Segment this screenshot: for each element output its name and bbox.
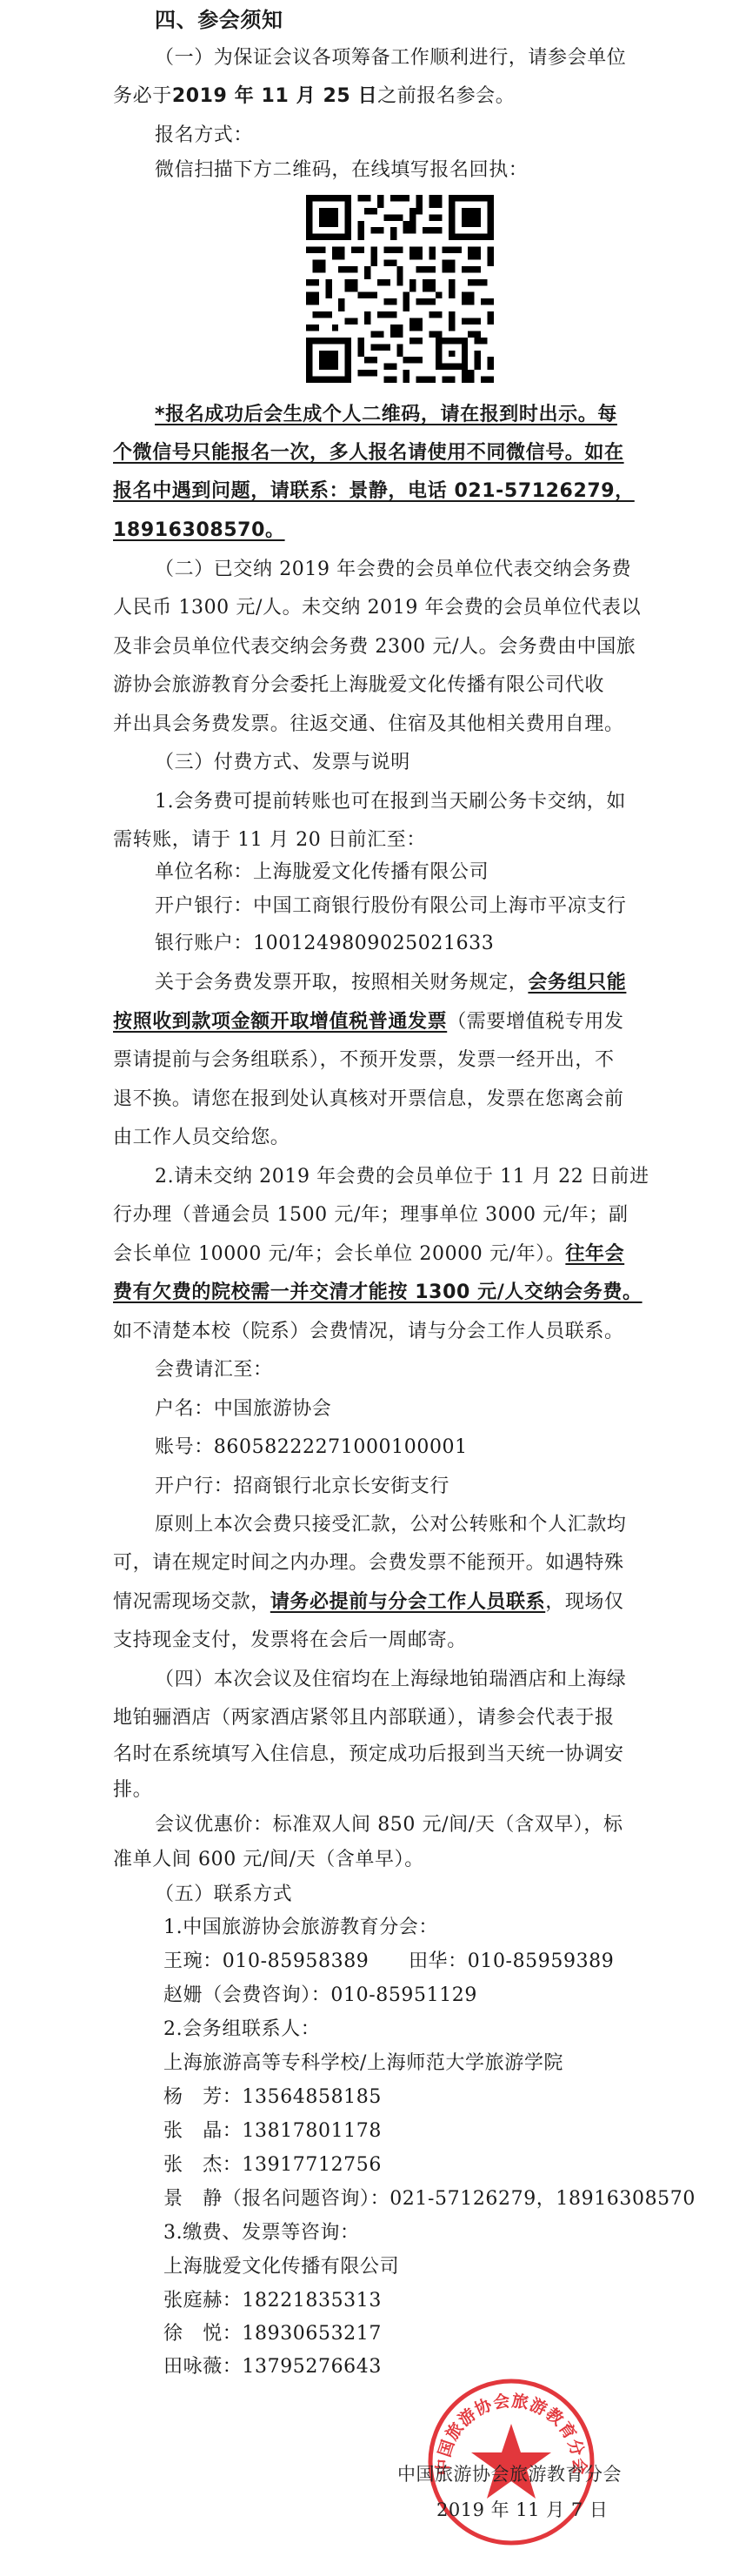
invoice-line5: 由工作人员交给您。 <box>113 1125 635 1151</box>
item3-p1-line1: 1.会务费可提前转账也可在报到当天刷公务卡交纳，如 <box>155 789 676 815</box>
registration-note-line2: 个微信号只能报名一次，多人报名请使用不同微信号。如在 <box>113 440 635 466</box>
contact-line: 张 杰：13917712756 <box>163 2152 685 2178</box>
item1-deadline-suffix: 之前报名参会。 <box>377 85 515 107</box>
invoice-line1: 关于会务费发票开取，按照相关财务规定，会务组只能 <box>155 970 676 996</box>
account1-name: 单位名称：上海胧爱文化传播有限公司 <box>155 860 676 886</box>
item2-line: 及非会员单位代表交纳会务费 2300 元/人。会务费由中国旅 <box>113 634 635 660</box>
invoice-line4: 退不换。请您在报到处认真核对开票信息，发票在您离会前 <box>113 1087 635 1113</box>
account2-bank: 开户行：招商银行北京长安街支行 <box>155 1474 676 1500</box>
document-page: 四、参会须知 （一）为保证会议各项筹备工作顺利进行，请参会单位 务必于2019 … <box>0 0 739 2576</box>
item3-p2-line3: 会长单位 10000 元/年；会长单位 20000 元/年）。往年会 <box>113 1241 635 1268</box>
contact-line: 张庭赫：18221835313 <box>163 2288 685 2314</box>
item2-line: 人民币 1300 元/人。未交纳 2019 年会费的会员单位代表以 <box>113 595 635 621</box>
account1-bank: 开户银行：中国工商银行股份有限公司上海市平凉支行 <box>155 893 676 920</box>
contact-group1-title: 1.中国旅游协会旅游教育分会： <box>163 1915 685 1941</box>
account2-name: 户名：中国旅游协会 <box>155 1396 676 1422</box>
account1-number: 银行账户：1001249809025021633 <box>155 931 676 957</box>
section-heading: 四、参会须知 <box>155 7 676 33</box>
item1-deadline-date: 2019 年 11 月 25 日 <box>172 85 377 107</box>
account2-number: 账号：86058222271000100001 <box>155 1435 676 1461</box>
fee-to-label: 会费请汇至： <box>155 1357 676 1383</box>
principle-line4: 支持现金支付，发票将在会后一周邮寄。 <box>113 1628 635 1654</box>
registration-qr-code-icon[interactable] <box>306 195 494 383</box>
registration-note-line3: 报名中遇到问题，请联系：景静，电话 021-57126279， <box>113 478 635 505</box>
item3-heading: （三）付费方式、发票与说明 <box>155 750 676 776</box>
item4-line: 名时在系统填写入住信息，预定成功后报到当天统一协调安 <box>113 1742 635 1768</box>
item2-line: （二）已交纳 2019 年会费的会员单位代表交纳会务费 <box>155 557 676 583</box>
item3-p1-line2: 需转账，请于 11 月 20 日前汇至： <box>113 827 635 853</box>
contact-line: 张 晶：13817801178 <box>163 2118 685 2144</box>
registration-note-line1: *报名成功后会生成个人二维码，请在报到时出示。每 <box>155 402 676 428</box>
contact-line: 杨 芳：13564858185 <box>163 2084 685 2111</box>
item3-p2-line2: 行办理（普通会员 1500 元/年；理事单位 3000 元/年；副 <box>113 1202 635 1228</box>
item1-line1: （一）为保证会议各项筹备工作顺利进行，请参会单位 <box>155 45 676 71</box>
signature-date: 2019 年 11 月 7 日 <box>436 2498 608 2522</box>
hotel-price-line2: 准单人间 600 元/间/天（含单早）。 <box>113 1847 635 1873</box>
item3-p2-line1: 2.请未交纳 2019 年会费的会员单位于 11 月 22 日前进 <box>155 1164 676 1190</box>
contact-group3-org: 上海胧爱文化传播有限公司 <box>163 2254 685 2280</box>
registration-method-text: 微信扫描下方二维码，在线填写报名回执： <box>155 157 676 184</box>
item1-deadline-prefix: 务必于 <box>113 85 172 107</box>
invoice-line2: 按照收到款项金额开取增值税普通发票（需要增值税专用发 <box>113 1009 635 1035</box>
item4-line: 地铂骊酒店（两家酒店紧邻且内部联通），请参会代表于报 <box>113 1705 635 1731</box>
signature-org: 中国旅游协会旅游教育分会 <box>397 2462 622 2486</box>
item3-p2-line4: 费有欠费的院校需一并交清才能按 1300 元/人交纳会务费。 <box>113 1280 635 1306</box>
contact-group3-title: 3.缴费、发票等咨询： <box>163 2220 685 2246</box>
item2-line: 并出具会务费发票。往返交通、住宿及其他相关费用自理。 <box>113 712 635 738</box>
contact-group2-org: 上海旅游高等专科学校/上海师范大学旅游学院 <box>163 2051 685 2077</box>
principle-line2: 可，请在规定时间之内办理。会费发票不能预开。如遇特殊 <box>113 1550 635 1576</box>
contact-line: 王琬：010-85958389 田华：010-85959389 <box>163 1949 685 1975</box>
item1-line2: 务必于2019 年 11 月 25 日之前报名参会。 <box>113 84 635 110</box>
item3-p2-line5: 如不清楚本校（院系）会费情况，请与分会工作人员联系。 <box>113 1319 635 1345</box>
registration-note-line4: 18916308570。 <box>113 518 635 544</box>
principle-line1: 原则上本次会费只接受汇款，公对公转账和个人汇款均 <box>155 1512 676 1538</box>
registration-method-label: 报名方式： <box>155 123 676 149</box>
contact-group2-title: 2.会务组联系人： <box>163 2017 685 2043</box>
item4-line: 排。 <box>113 1777 635 1803</box>
hotel-price-line1: 会议优惠价：标准双人间 850 元/间/天（含双早），标 <box>155 1812 676 1838</box>
item5-heading: （五）联系方式 <box>155 1882 676 1908</box>
contact-line: 赵姗（会费咨询）：010-85951129 <box>163 1983 685 2009</box>
contact-line: 徐 悦：18930653217 <box>163 2321 685 2347</box>
item2-line: 游协会旅游教育分会委托上海胧爱文化传播有限公司代收 <box>113 672 635 699</box>
item4-line: （四）本次会议及住宿均在上海绿地铂瑞酒店和上海绿 <box>155 1667 676 1693</box>
contact-line: 景 静（报名问题咨询）：021-57126279，18916308570 <box>163 2186 685 2212</box>
invoice-line3: 票请提前与会务组联系），不预开发票，发票一经开出，不 <box>113 1047 635 1074</box>
principle-line3: 情况需现场交款，请务必提前与分会工作人员联系，现场仅 <box>113 1589 635 1616</box>
